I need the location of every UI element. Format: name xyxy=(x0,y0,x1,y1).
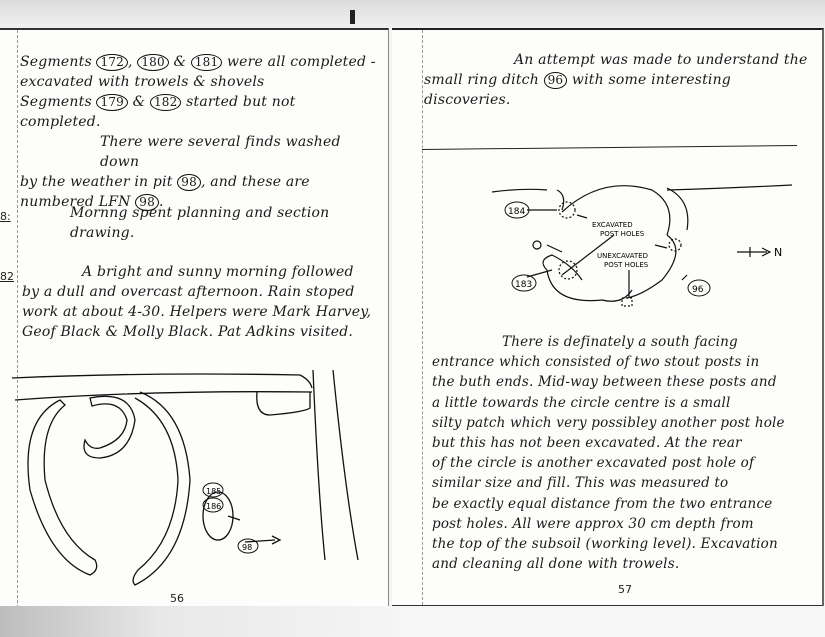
text-line: the top of the subsoil (working level). … xyxy=(432,534,822,554)
text-line: An attempt was made to understand the xyxy=(424,50,819,70)
text-line: a little towards the circle centre is a … xyxy=(432,393,822,413)
page-number: 56 xyxy=(170,592,184,605)
text-line: post holes. All were approx 30 cm depth … xyxy=(432,514,822,534)
site-sketch-plan: 185 186 98 xyxy=(0,370,388,608)
label-excavated: EXCAVATED xyxy=(592,221,633,229)
page-number: 57 xyxy=(618,583,632,596)
ref-98: 98 xyxy=(242,543,252,552)
label-excavated-post-holes: POST HOLES xyxy=(600,230,645,238)
text-line: There were several finds washed down xyxy=(20,132,380,172)
north-label: N xyxy=(774,246,782,259)
text-line: excavated with trowels & shovels xyxy=(20,72,380,92)
label-unexcavated: UNEXCAVATED xyxy=(597,252,648,260)
ring-ditch-diagram: EXCAVATED POST HOLES UNEXCAVATED POST HO… xyxy=(492,170,812,330)
ref-98: 98 xyxy=(177,174,201,191)
entry-weather: A bright and sunny morning followed by a… xyxy=(22,262,382,342)
ref-172: 172 xyxy=(96,54,128,71)
entry-morning: Mornng spent planning and section drawin… xyxy=(70,203,390,243)
text-line: silty patch which very possibley another… xyxy=(432,413,822,433)
ref-180: 180 xyxy=(137,54,169,71)
ref-184: 184 xyxy=(508,207,525,217)
text-line: of the circle is another excavated post … xyxy=(432,453,822,473)
text-line: similar size and fill. This was measured… xyxy=(432,473,822,493)
text-line: Geof Black & Molly Black. Pat Adkins vis… xyxy=(22,322,382,342)
margin-note-date: 82 xyxy=(0,270,14,283)
sketch-labels: 185 186 98 xyxy=(203,483,258,553)
text-line: work at about 4-30. Helpers were Mark Ha… xyxy=(22,302,382,322)
ref-182: 182 xyxy=(150,94,182,111)
right-page: An attempt was made to understand the sm… xyxy=(392,28,824,607)
text: with some interesting xyxy=(572,72,731,88)
text-line: but this has not been excavated. At the … xyxy=(432,433,822,453)
text: by the weather in pit xyxy=(20,174,173,190)
text: Segments xyxy=(20,54,92,70)
left-page: Segments 172, 180 & 181 were all complet… xyxy=(0,28,389,610)
scan-top-edge xyxy=(0,0,825,28)
text-line: There is definately a south facing xyxy=(432,332,822,352)
entry-segments: Segments 172, 180 & 181 were all complet… xyxy=(20,52,380,212)
text: , and these are xyxy=(201,174,310,190)
scan-bottom-edge xyxy=(0,606,400,637)
ref-96: 96 xyxy=(544,72,568,89)
text-line: Segments 179 & 182 started but not compl… xyxy=(20,92,380,132)
margin-note-date: 8: xyxy=(0,210,11,223)
text: small ring ditch xyxy=(424,72,539,88)
text-line: Segments 172, 180 & 181 were all complet… xyxy=(20,52,380,72)
ref-179: 179 xyxy=(96,94,128,111)
text-line: by the weather in pit 98, and these are xyxy=(20,172,380,192)
binding-mark xyxy=(350,10,355,24)
ref-181: 181 xyxy=(191,54,223,71)
notebook-spread: Segments 172, 180 & 181 were all complet… xyxy=(0,0,825,637)
text-line: by a dull and overcast afternoon. Rain s… xyxy=(22,282,382,302)
text-line: small ring ditch 96 with some interestin… xyxy=(424,70,819,90)
ref-183: 183 xyxy=(515,280,532,290)
text-line: A bright and sunny morning followed xyxy=(22,262,382,282)
ref-96: 96 xyxy=(692,285,704,295)
section-divider xyxy=(422,145,797,150)
ref-185: 185 xyxy=(206,487,221,496)
margin-line xyxy=(422,30,423,605)
text-line: be exactly equal distance from the two e… xyxy=(432,494,822,514)
text-line: the buth ends. Mid-way between these pos… xyxy=(432,372,822,392)
scan-bottom-edge xyxy=(400,606,825,637)
entry-entrance-description: There is definately a south facing entra… xyxy=(432,332,822,574)
text-line: discoveries. xyxy=(424,90,819,110)
text-line: entrance which consisted of two stout po… xyxy=(432,352,822,372)
ref-186: 186 xyxy=(206,502,221,511)
label-unexcavated-post-holes: POST HOLES xyxy=(604,261,649,269)
entry-ring-ditch: An attempt was made to understand the sm… xyxy=(424,50,819,110)
text: Segments xyxy=(20,94,92,110)
text-line: and cleaning all done with trowels. xyxy=(432,554,822,574)
text: were all completed - xyxy=(227,54,376,70)
